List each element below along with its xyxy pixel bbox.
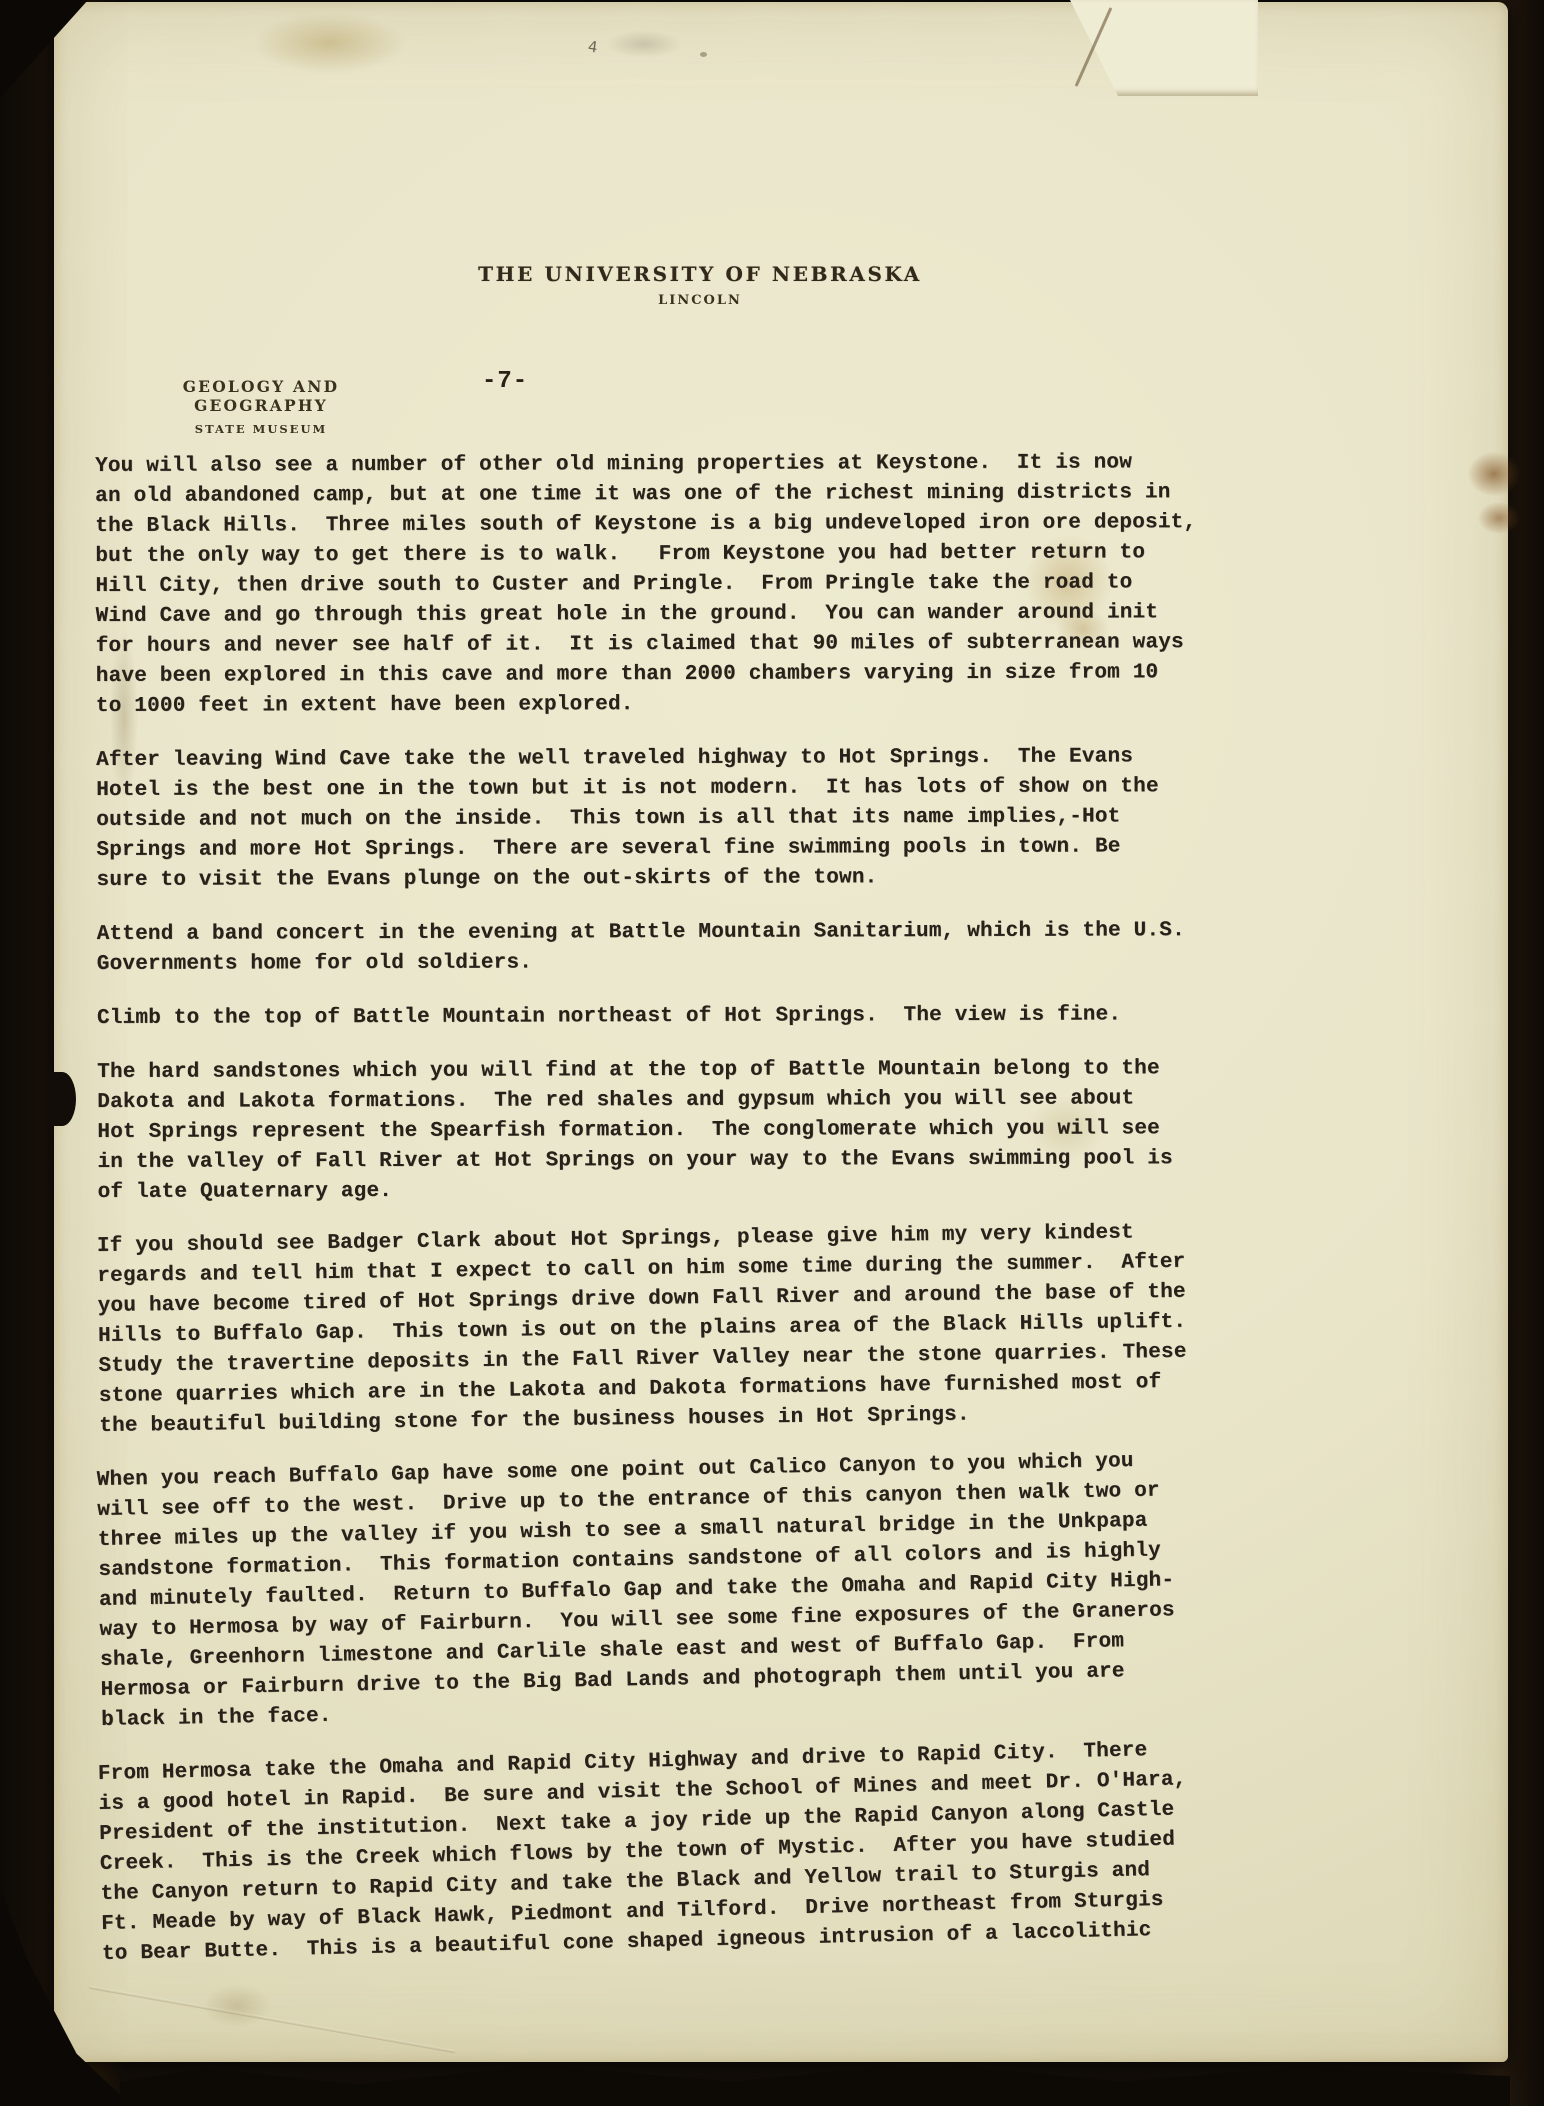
institution-name: THE UNIVERSITY OF NEBRASKA [428,262,972,286]
department-unit: STATE MUSEUM [118,422,404,436]
paper-stain [606,30,682,58]
paragraph-band-concert: Attend a band concert in the evening at … [97,916,1337,980]
paragraph-battle-mountain: Climb to the top of Battle Mountain nort… [97,1000,1337,1034]
institution-city: LINCOLN [428,293,972,308]
paragraph-buffalo-gap: When you reach Buffalo Gap have some one… [97,1443,1342,1736]
paragraph-formations: The hard sandstones which you will find … [97,1054,1338,1208]
letterhead-department: GEOLOGY AND GEOGRAPHY STATE MUSEUM [118,377,404,436]
paper-stain [252,12,407,74]
scan-background: 4 THE UNIVERSITY OF NEBRASKA LINCOLN GEO… [0,0,1544,2106]
page-number: -7- [482,368,528,395]
typed-body: You will also see a number of other old … [95,448,1340,1994]
paragraph-keystone: You will also see a number of other old … [95,448,1336,722]
paragraph-hot-springs: After leaving Wind Cave take the well tr… [96,742,1337,896]
department-name: GEOLOGY AND GEOGRAPHY [118,377,404,415]
letterhead-masthead: THE UNIVERSITY OF NEBRASKA LINCOLN [428,262,972,308]
paragraph-rapid-city: From Hermosa take the Omaha and Rapid Ci… [98,1732,1342,1970]
pencil-dot [700,52,707,57]
edge-notch [48,1072,76,1126]
paragraph-badger-clark: If you should see Badger Clark about Hot… [97,1216,1340,1442]
